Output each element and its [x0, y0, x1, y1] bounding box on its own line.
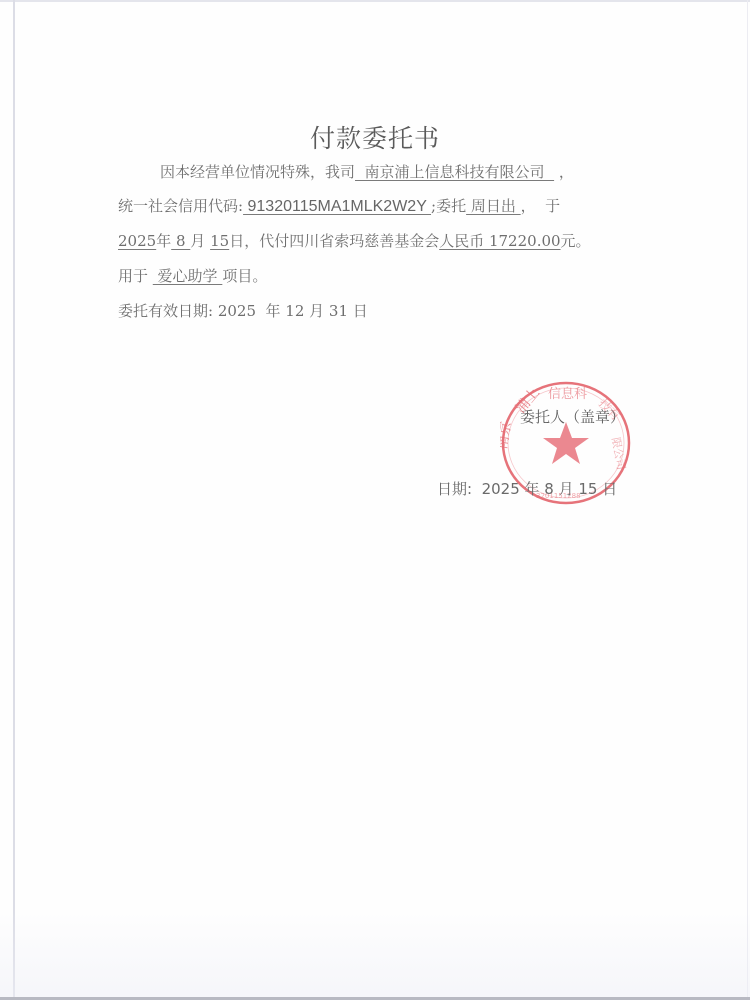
- line1-suffix: ，: [554, 163, 574, 181]
- day-label: 日，代付四川省索玛慈善基金会: [229, 232, 439, 250]
- year-label: 年: [156, 232, 171, 250]
- signature-date: 日期: 2025 年 8 月 15 日: [437, 478, 617, 499]
- paragraph-line-3: 2025年 8 月 15日，代付四川省索玛慈善基金会人民币 17220.00元。: [118, 231, 591, 251]
- paragraph-line-2: 统一社会信用代码: 91320115MA1MLK2W2Y ;委托 周日出 ， 于: [118, 196, 560, 217]
- line2-suffix: ， 于: [521, 197, 561, 215]
- payment-day: 15: [210, 232, 229, 250]
- paragraph-line-1: 因本经营单位情况特殊，我司 南京浦上信息科技有限公司 ，: [160, 162, 574, 182]
- line2-prefix: 统一社会信用代码:: [118, 197, 243, 215]
- svg-text:信息科: 信息科: [548, 386, 587, 402]
- line4-prefix: 用于: [118, 267, 153, 285]
- payment-year: 2025: [118, 232, 156, 250]
- paragraph-line-4: 用于 爱心助学 项目。: [118, 266, 267, 286]
- svg-text:限公司: 限公司: [609, 436, 628, 471]
- document-title: 付款委托书: [0, 119, 750, 155]
- line1-prefix: 因本经营单位情况特殊，我司: [160, 163, 355, 181]
- scan-edge-top: [0, 0, 750, 2]
- scan-shadow: [0, 910, 750, 1000]
- project-name: 爱心助学: [153, 267, 223, 285]
- line4-suffix: 项目。: [222, 267, 267, 285]
- company-name: 南京浦上信息科技有限公司: [355, 163, 554, 181]
- star-icon: [543, 422, 589, 464]
- credit-code: 91320115MA1MLK2W2Y: [243, 198, 431, 215]
- month-label: 月: [190, 232, 205, 250]
- validity-date: 委托有效日期: 2025 年 12 月 31 日: [118, 301, 368, 321]
- payment-month: 8: [171, 232, 190, 250]
- trustee-name: 周日出: [466, 197, 521, 215]
- signature-label: 委托人（盖章）: [520, 406, 625, 427]
- svg-text:南京: 南京: [500, 420, 515, 451]
- line2-mid: ;委托: [431, 197, 466, 215]
- line3-suffix: 元。: [561, 232, 591, 250]
- payment-amount: 人民币 17220.00: [439, 232, 560, 250]
- document-page: 付款委托书 因本经营单位情况特殊，我司 南京浦上信息科技有限公司 ， 统一社会信…: [0, 0, 750, 1000]
